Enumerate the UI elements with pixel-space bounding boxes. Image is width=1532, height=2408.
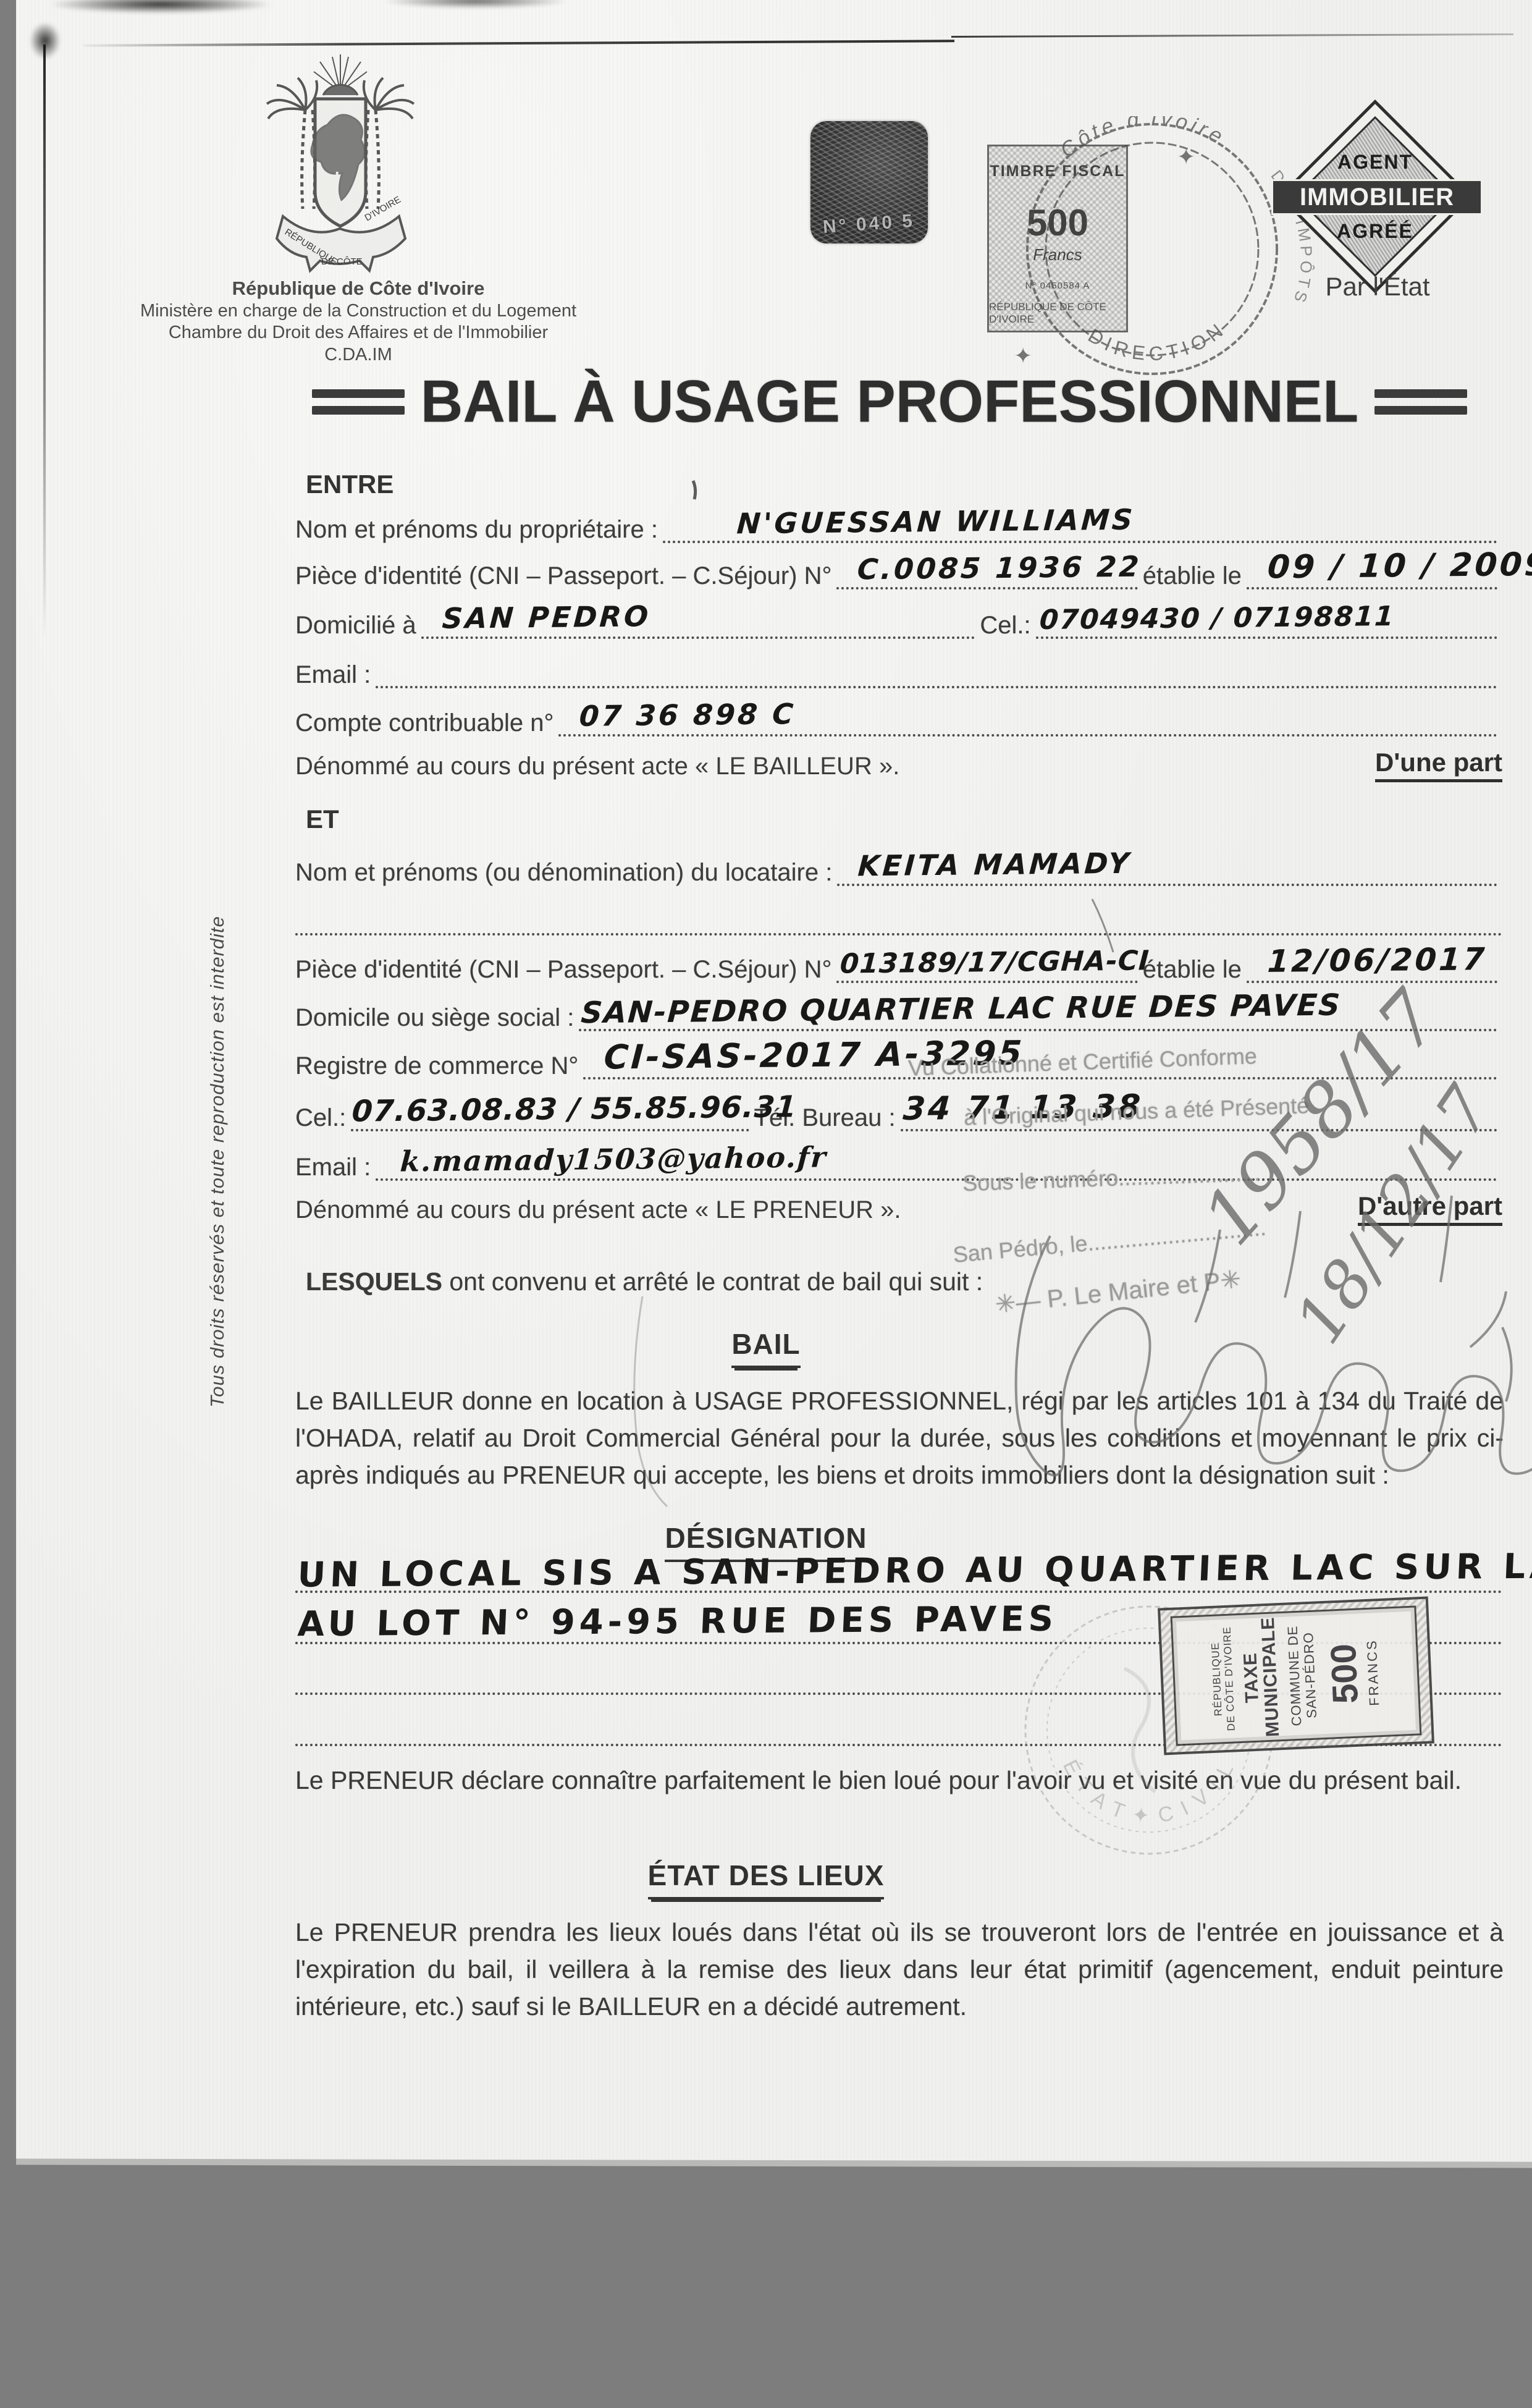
signature-scribble-icon xyxy=(0,0,1532,2408)
scanned-lease-document: RÉPUBLIQUE DE CÔTE D'IVOIRE République d… xyxy=(0,0,1532,2408)
